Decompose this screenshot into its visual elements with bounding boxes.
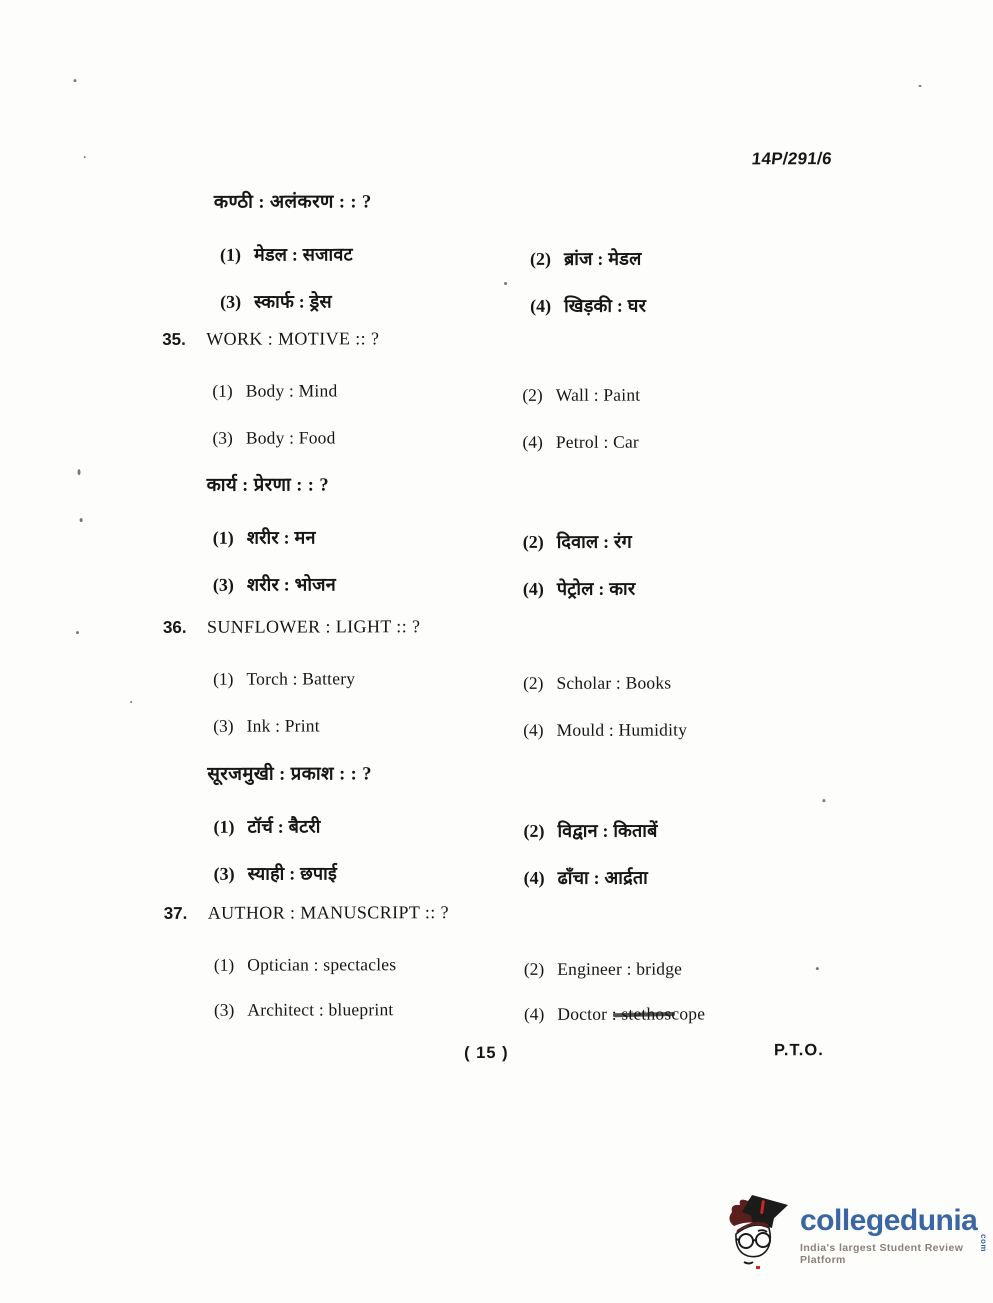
scan-speck xyxy=(822,799,825,802)
scan-speck xyxy=(74,79,77,82)
option-number: (2) xyxy=(523,531,544,553)
option-number: (1) xyxy=(213,527,234,549)
option-text: Body : Food xyxy=(246,426,336,448)
scanned-sheet: 14P/291/6 कण्ठी : अलंकरण : : ? (1) मेडल … xyxy=(0,0,993,1303)
scan-speck xyxy=(78,469,81,475)
option: (2) Engineer : bridge xyxy=(524,957,884,980)
question-block-35: 35. WORK : MOTIVE :: ? (1) Body : Mind (… xyxy=(162,327,882,449)
option: (2) दिवाल : रंग xyxy=(523,530,883,553)
option-text: पेट्रोल : कार xyxy=(557,578,636,600)
question-stem: AUTHOR : MANUSCRIPT :: ? xyxy=(208,902,449,924)
scan-speck xyxy=(76,631,79,634)
option: (3) स्याही : छपाई xyxy=(214,862,524,885)
question-stem: WORK : MOTIVE :: ? xyxy=(206,328,379,349)
option-text: ब्रांज : मेडल xyxy=(564,248,642,270)
option: (1) टॉर्च : बैटरी xyxy=(213,815,523,838)
option-text: Body : Mind xyxy=(246,379,338,401)
brand-tagline: India's largest Student Review Platform xyxy=(800,1242,993,1266)
question-number: 37. xyxy=(164,904,208,924)
option: (1) Body : Mind xyxy=(212,379,522,402)
scan-speck xyxy=(919,85,922,87)
option-text: Mould : Humidity xyxy=(557,719,688,741)
question-stem: कार्य : प्रेरणा : : ? xyxy=(207,471,330,496)
option-text: Torch : Battery xyxy=(246,667,355,689)
option-text: Ink : Print xyxy=(247,714,320,736)
option: (2) Scholar : Books xyxy=(523,671,883,694)
option: (3) Body : Food xyxy=(212,426,522,449)
mascot-graduate-icon xyxy=(722,1192,794,1270)
option-text: मेडल : सजावट xyxy=(254,243,353,265)
scan-speck xyxy=(80,518,83,522)
scan-speck xyxy=(504,282,507,285)
question-block-hindi-34: कण्ठी : अलंकरण : : ? (1) मेडल : सजावट (2… xyxy=(170,187,890,313)
question-block-37: 37. AUTHOR : MANUSCRIPT :: ? (1) Opticia… xyxy=(164,901,884,1021)
option: (3) Ink : Print xyxy=(213,714,523,737)
option-number: (4) xyxy=(524,1003,544,1025)
option: (3) स्कार्फ : ड्रेस xyxy=(220,290,530,313)
brand-tld: com xyxy=(979,1234,988,1252)
question-stem: SUNFLOWER : LIGHT :: ? xyxy=(207,616,421,638)
option: (1) मेडल : सजावट xyxy=(220,243,530,266)
option-number: (2) xyxy=(524,958,544,980)
option: (4) ढाँचा : आर्द्रता xyxy=(524,866,884,889)
option-number: (2) xyxy=(522,384,542,406)
option-number: (4) xyxy=(523,719,543,741)
option-number: (3) xyxy=(212,427,232,449)
option: (1) शरीर : मन xyxy=(213,526,523,549)
option-number: (3) xyxy=(220,291,241,313)
option: (4) Petrol : Car xyxy=(522,430,882,453)
option: (4) Mould : Humidity xyxy=(523,718,883,741)
option-number: (4) xyxy=(523,578,544,600)
option-text: दिवाल : रंग xyxy=(557,531,632,553)
collegedunia-logo: collegedunia com India's largest Student… xyxy=(722,1188,993,1270)
option-text: विद्वान : किताबें xyxy=(557,820,657,842)
option-text: शरीर : भोजन xyxy=(247,573,336,595)
option-number: (1) xyxy=(213,816,234,838)
option: (2) ब्रांज : मेडल xyxy=(530,247,890,270)
option-number: (3) xyxy=(213,715,233,737)
option-number: (2) xyxy=(523,672,543,694)
option-number: (4) xyxy=(524,867,545,889)
option-number: (3) xyxy=(214,863,235,885)
pto-label: P.T.O. xyxy=(774,1041,824,1060)
option: (3) Architect : blueprint xyxy=(214,998,524,1021)
question-number: 35. xyxy=(162,330,206,350)
option: (2) विद्वान : किताबें xyxy=(523,819,883,842)
scan-speck xyxy=(84,156,86,158)
page-number: ( 15 ) xyxy=(464,1044,509,1063)
option: (4) Doctor : stethoscope xyxy=(524,1002,884,1025)
option: (4) खिड़की : घर xyxy=(530,294,890,317)
paper-code: 14P/291/6 xyxy=(751,149,833,169)
brand-name: collegedunia xyxy=(800,1206,977,1236)
option: (2) Wall : Paint xyxy=(522,383,882,406)
option: (4) पेट्रोल : कार xyxy=(523,577,883,600)
exam-paper-page: 14P/291/6 कण्ठी : अलंकरण : : ? (1) मेडल … xyxy=(0,0,993,1303)
question-block-hindi-36: सूरजमुखी : प्रकाश : : ? (1) टॉर्च : बैटर… xyxy=(163,759,883,885)
option: (1) Torch : Battery xyxy=(213,667,523,690)
option: (1) Optician : spectacles xyxy=(214,953,524,976)
option-text: Petrol : Car xyxy=(556,431,639,453)
option-number: (3) xyxy=(214,999,234,1021)
option-number: (1) xyxy=(220,244,241,266)
option-number: (3) xyxy=(213,574,234,596)
option-text: टॉर्च : बैटरी xyxy=(247,815,320,837)
scan-speck xyxy=(130,701,132,703)
option-text: Scholar : Books xyxy=(556,672,671,694)
option-text: Optician : spectacles xyxy=(247,953,396,975)
option-text: Architect : blueprint xyxy=(247,998,393,1020)
option-number: (2) xyxy=(530,248,551,270)
option-number: (4) xyxy=(522,431,542,453)
question-stem: कण्ठी : अलंकरण : : ? xyxy=(214,188,372,213)
option: (3) शरीर : भोजन xyxy=(213,573,523,596)
option-number: (4) xyxy=(530,295,551,317)
scan-speck xyxy=(816,967,819,970)
option-text: Wall : Paint xyxy=(556,384,641,406)
question-stem: सूरजमुखी : प्रकाश : : ? xyxy=(207,760,372,785)
option-text: शरीर : मन xyxy=(247,526,316,548)
question-block-hindi-35: कार्य : प्रेरणा : : ? (1) शरीर : मन (2) … xyxy=(163,470,883,596)
option-number: (1) xyxy=(213,668,233,690)
option-text: स्कार्फ : ड्रेस xyxy=(254,290,332,312)
option-text: खिड़की : घर xyxy=(564,295,646,317)
option-text: स्याही : छपाई xyxy=(248,862,338,884)
option-number: (1) xyxy=(214,954,234,976)
option-text: Engineer : bridge xyxy=(557,958,682,980)
question-block-36: 36. SUNFLOWER : LIGHT :: ? (1) Torch : B… xyxy=(163,615,883,737)
option-number: (2) xyxy=(523,820,544,842)
option-text: ढाँचा : आर्द्रता xyxy=(558,867,648,889)
question-number: 36. xyxy=(163,618,207,638)
option-number: (1) xyxy=(212,380,232,402)
